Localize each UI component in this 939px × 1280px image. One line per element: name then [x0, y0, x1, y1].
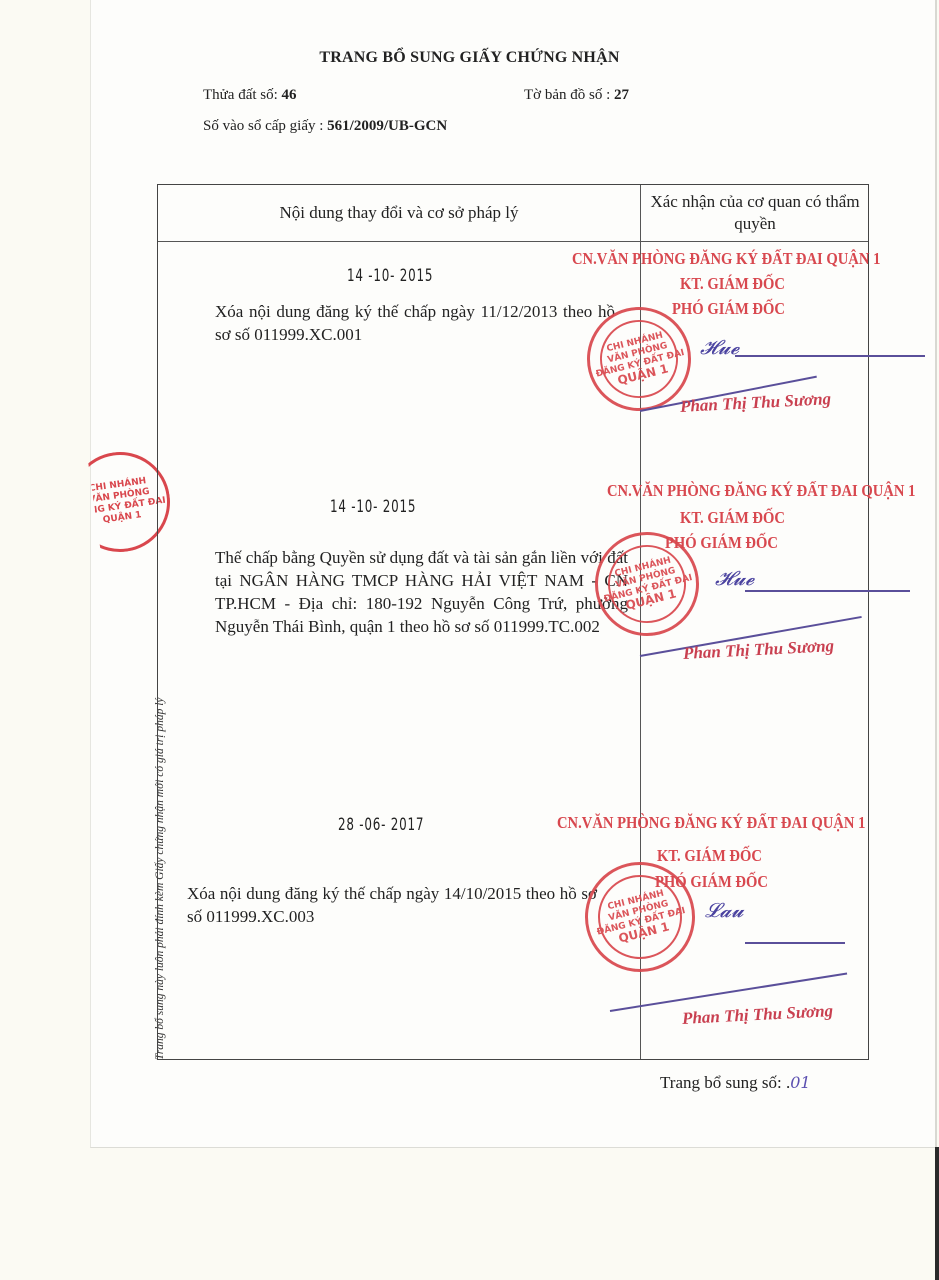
entry-content: Xóa nội dung đăng ký thế chấp ngày 14/10…	[187, 882, 597, 928]
stamp-office: CN.VĂN PHÒNG ĐĂNG KÝ ĐẤT ĐAI QUẬN 1	[607, 481, 915, 501]
supplement-page-number: Trang bổ sung số: .01	[660, 1073, 811, 1093]
footer-label: Trang bổ sung số: .	[660, 1073, 790, 1092]
entry-content: Thế chấp bằng Quyền sử dụng đất và tài s…	[215, 546, 628, 638]
stamp-title: KT. GIÁM ĐỐC	[680, 274, 785, 294]
header-confirmation: Xác nhận của cơ quan có thẩm quyền	[641, 185, 869, 241]
entry-content: Xóa nội dung đăng ký thế chấp ngày 11/12…	[215, 300, 615, 346]
registry-number: 561/2009/UB-GCN	[327, 118, 447, 134]
parcel-info: Thửa đất số: 46	[203, 87, 297, 104]
map-sheet-info: Tờ bản đồ số : 27	[524, 87, 629, 104]
signature-stroke	[745, 942, 845, 944]
registry-info: Số vào sổ cấp giấy : 561/2009/UB-GCN	[203, 118, 447, 135]
map-sheet-number: 27	[614, 87, 629, 103]
stamp-office: CN.VĂN PHÒNG ĐĂNG KÝ ĐẤT ĐAI QUẬN 1	[572, 249, 880, 269]
registry-label: Số vào sổ cấp giấy :	[203, 118, 323, 134]
stamp-subtitle: PHÓ GIÁM ĐỐC	[672, 299, 785, 319]
entry-date: 14 -10- 2015	[330, 497, 416, 517]
document-title: TRANG BỔ SUNG GIẤY CHỨNG NHẬN	[0, 49, 939, 67]
signature-icon: 𝓗𝓾𝓮	[715, 566, 754, 590]
entry-date: 28 -06- 2017	[338, 815, 424, 835]
stamp-title: KT. GIÁM ĐỐC	[657, 846, 762, 866]
entry-date: 14 -10- 2015	[347, 266, 433, 286]
page-edge	[935, 0, 937, 1147]
signature-icon: 𝓗𝓾𝓮	[700, 335, 739, 359]
signature-stroke	[745, 590, 910, 592]
signature-stroke	[735, 355, 925, 357]
stamp-title: KT. GIÁM ĐỐC	[680, 508, 785, 528]
signature-icon: 𝓛𝓪𝓾	[705, 898, 744, 922]
header-divider	[158, 241, 868, 242]
page-edge-dark	[935, 1147, 939, 1280]
stamp-office: CN.VĂN PHÒNG ĐĂNG KÝ ĐẤT ĐAI QUẬN 1	[557, 813, 865, 833]
parcel-label: Thửa đất số:	[203, 87, 278, 103]
footer-page-number: 01	[790, 1073, 810, 1092]
map-sheet-label: Tờ bản đồ số :	[524, 87, 610, 103]
header-content: Nội dung thay đổi và cơ sở pháp lý	[158, 185, 640, 241]
parcel-number: 46	[282, 87, 297, 103]
